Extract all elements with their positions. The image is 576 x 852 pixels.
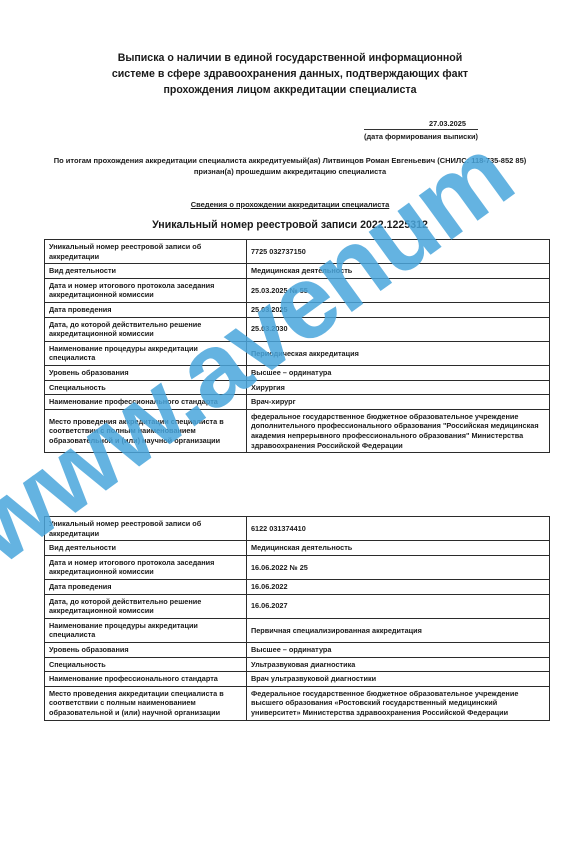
row-label: Уровень образования [45,642,247,657]
table-row: Дата проведения25.03.2025 [45,302,550,317]
row-value: 25.03.2025 [247,302,550,317]
row-label: Уникальный номер реестровой записи об ак… [45,517,247,541]
table-row: Дата и номер итогового протокола заседан… [45,555,550,579]
row-label: Дата проведения [45,579,247,594]
row-value: Первичная специализированная аккредитаци… [247,618,550,642]
row-label: Дата и номер итогового протокола заседан… [45,555,247,579]
row-value: 25.03.2030 [247,317,550,341]
row-value: Высшее – ординатура [247,365,550,380]
table-row: Место проведения аккредитации специалист… [45,686,550,720]
table-row: Уникальный номер реестровой записи об ак… [45,240,550,264]
row-value: 6122 031374410 [247,517,550,541]
row-value: Федеральное государственное бюджетное об… [247,686,550,720]
row-label: Вид деятельности [45,541,247,556]
table-row: Вид деятельностиМедицинская деятельность [45,264,550,279]
row-label: Дата проведения [45,302,247,317]
table-row: СпециальностьУльтразвуковая диагностика [45,657,550,672]
row-value: Врач ультразвуковой диагностики [247,672,550,687]
row-value: Высшее – ординатура [247,642,550,657]
row-label: Место проведения аккредитации специалист… [45,686,247,720]
registry-number-heading: Уникальный номер реестровой записи 2022.… [100,219,480,231]
row-label: Наименование процедуры аккредитации спец… [45,618,247,642]
table-row: Наименование профессионального стандарта… [45,395,550,410]
extract-date: 27.03.2025 [330,119,478,129]
row-label: Наименование профессионального стандарта [45,395,247,410]
table-row: Уровень образованияВысшее – ординатура [45,365,550,380]
extract-date-block: 27.03.2025 (дата формирования выписки) [330,119,478,142]
accreditation-record-table-2: Уникальный номер реестровой записи об ак… [44,516,550,721]
accreditation-record-table-1: Уникальный номер реестровой записи об ак… [44,239,550,453]
table-row: СпециальностьХирургия [45,380,550,395]
row-value: 16.06.2022 [247,579,550,594]
table-row: Наименование профессионального стандарта… [45,672,550,687]
row-value: Медицинская деятельность [247,541,550,556]
row-value: Хирургия [247,380,550,395]
row-value: Врач-хирург [247,395,550,410]
row-label: Дата, до которой действительно решение а… [45,317,247,341]
table-row: Наименование процедуры аккредитации спец… [45,341,550,365]
document-title: Выписка о наличии в единой государственн… [100,50,480,98]
extract-date-label: (дата формирования выписки) [364,129,478,142]
table-row: Место проведения аккредитации специалист… [45,409,550,452]
table-row: Дата, до которой действительно решение а… [45,594,550,618]
row-value: 25.03.2025 № 55 [247,278,550,302]
row-label: Дата, до которой действительно решение а… [45,594,247,618]
row-label: Уровень образования [45,365,247,380]
row-label: Специальность [45,657,247,672]
table-row: Уникальный номер реестровой записи об ак… [45,517,550,541]
row-value: 7725 032737150 [247,240,550,264]
row-value: 16.06.2022 № 25 [247,555,550,579]
table-row: Вид деятельностиМедицинская деятельность [45,541,550,556]
table-row: Дата, до которой действительно решение а… [45,317,550,341]
row-label: Наименование профессионального стандарта [45,672,247,687]
intro-paragraph: По итогам прохождения аккредитации специ… [40,156,540,177]
row-value: федеральное государственное бюджетное об… [247,409,550,452]
row-label: Место проведения аккредитации специалист… [45,409,247,452]
row-label: Дата и номер итогового протокола заседан… [45,278,247,302]
section-heading-link: Сведения о прохождении аккредитации спец… [150,200,430,209]
row-label: Вид деятельности [45,264,247,279]
table-row: Дата и номер итогового протокола заседан… [45,278,550,302]
row-label: Уникальный номер реестровой записи об ак… [45,240,247,264]
row-value: Медицинская деятельность [247,264,550,279]
row-value: Периодическая аккредитация [247,341,550,365]
row-value: 16.06.2027 [247,594,550,618]
table-row: Наименование процедуры аккредитации спец… [45,618,550,642]
row-label: Наименование процедуры аккредитации спец… [45,341,247,365]
row-label: Специальность [45,380,247,395]
table-row: Дата проведения16.06.2022 [45,579,550,594]
row-value: Ультразвуковая диагностика [247,657,550,672]
table-row: Уровень образованияВысшее – ординатура [45,642,550,657]
